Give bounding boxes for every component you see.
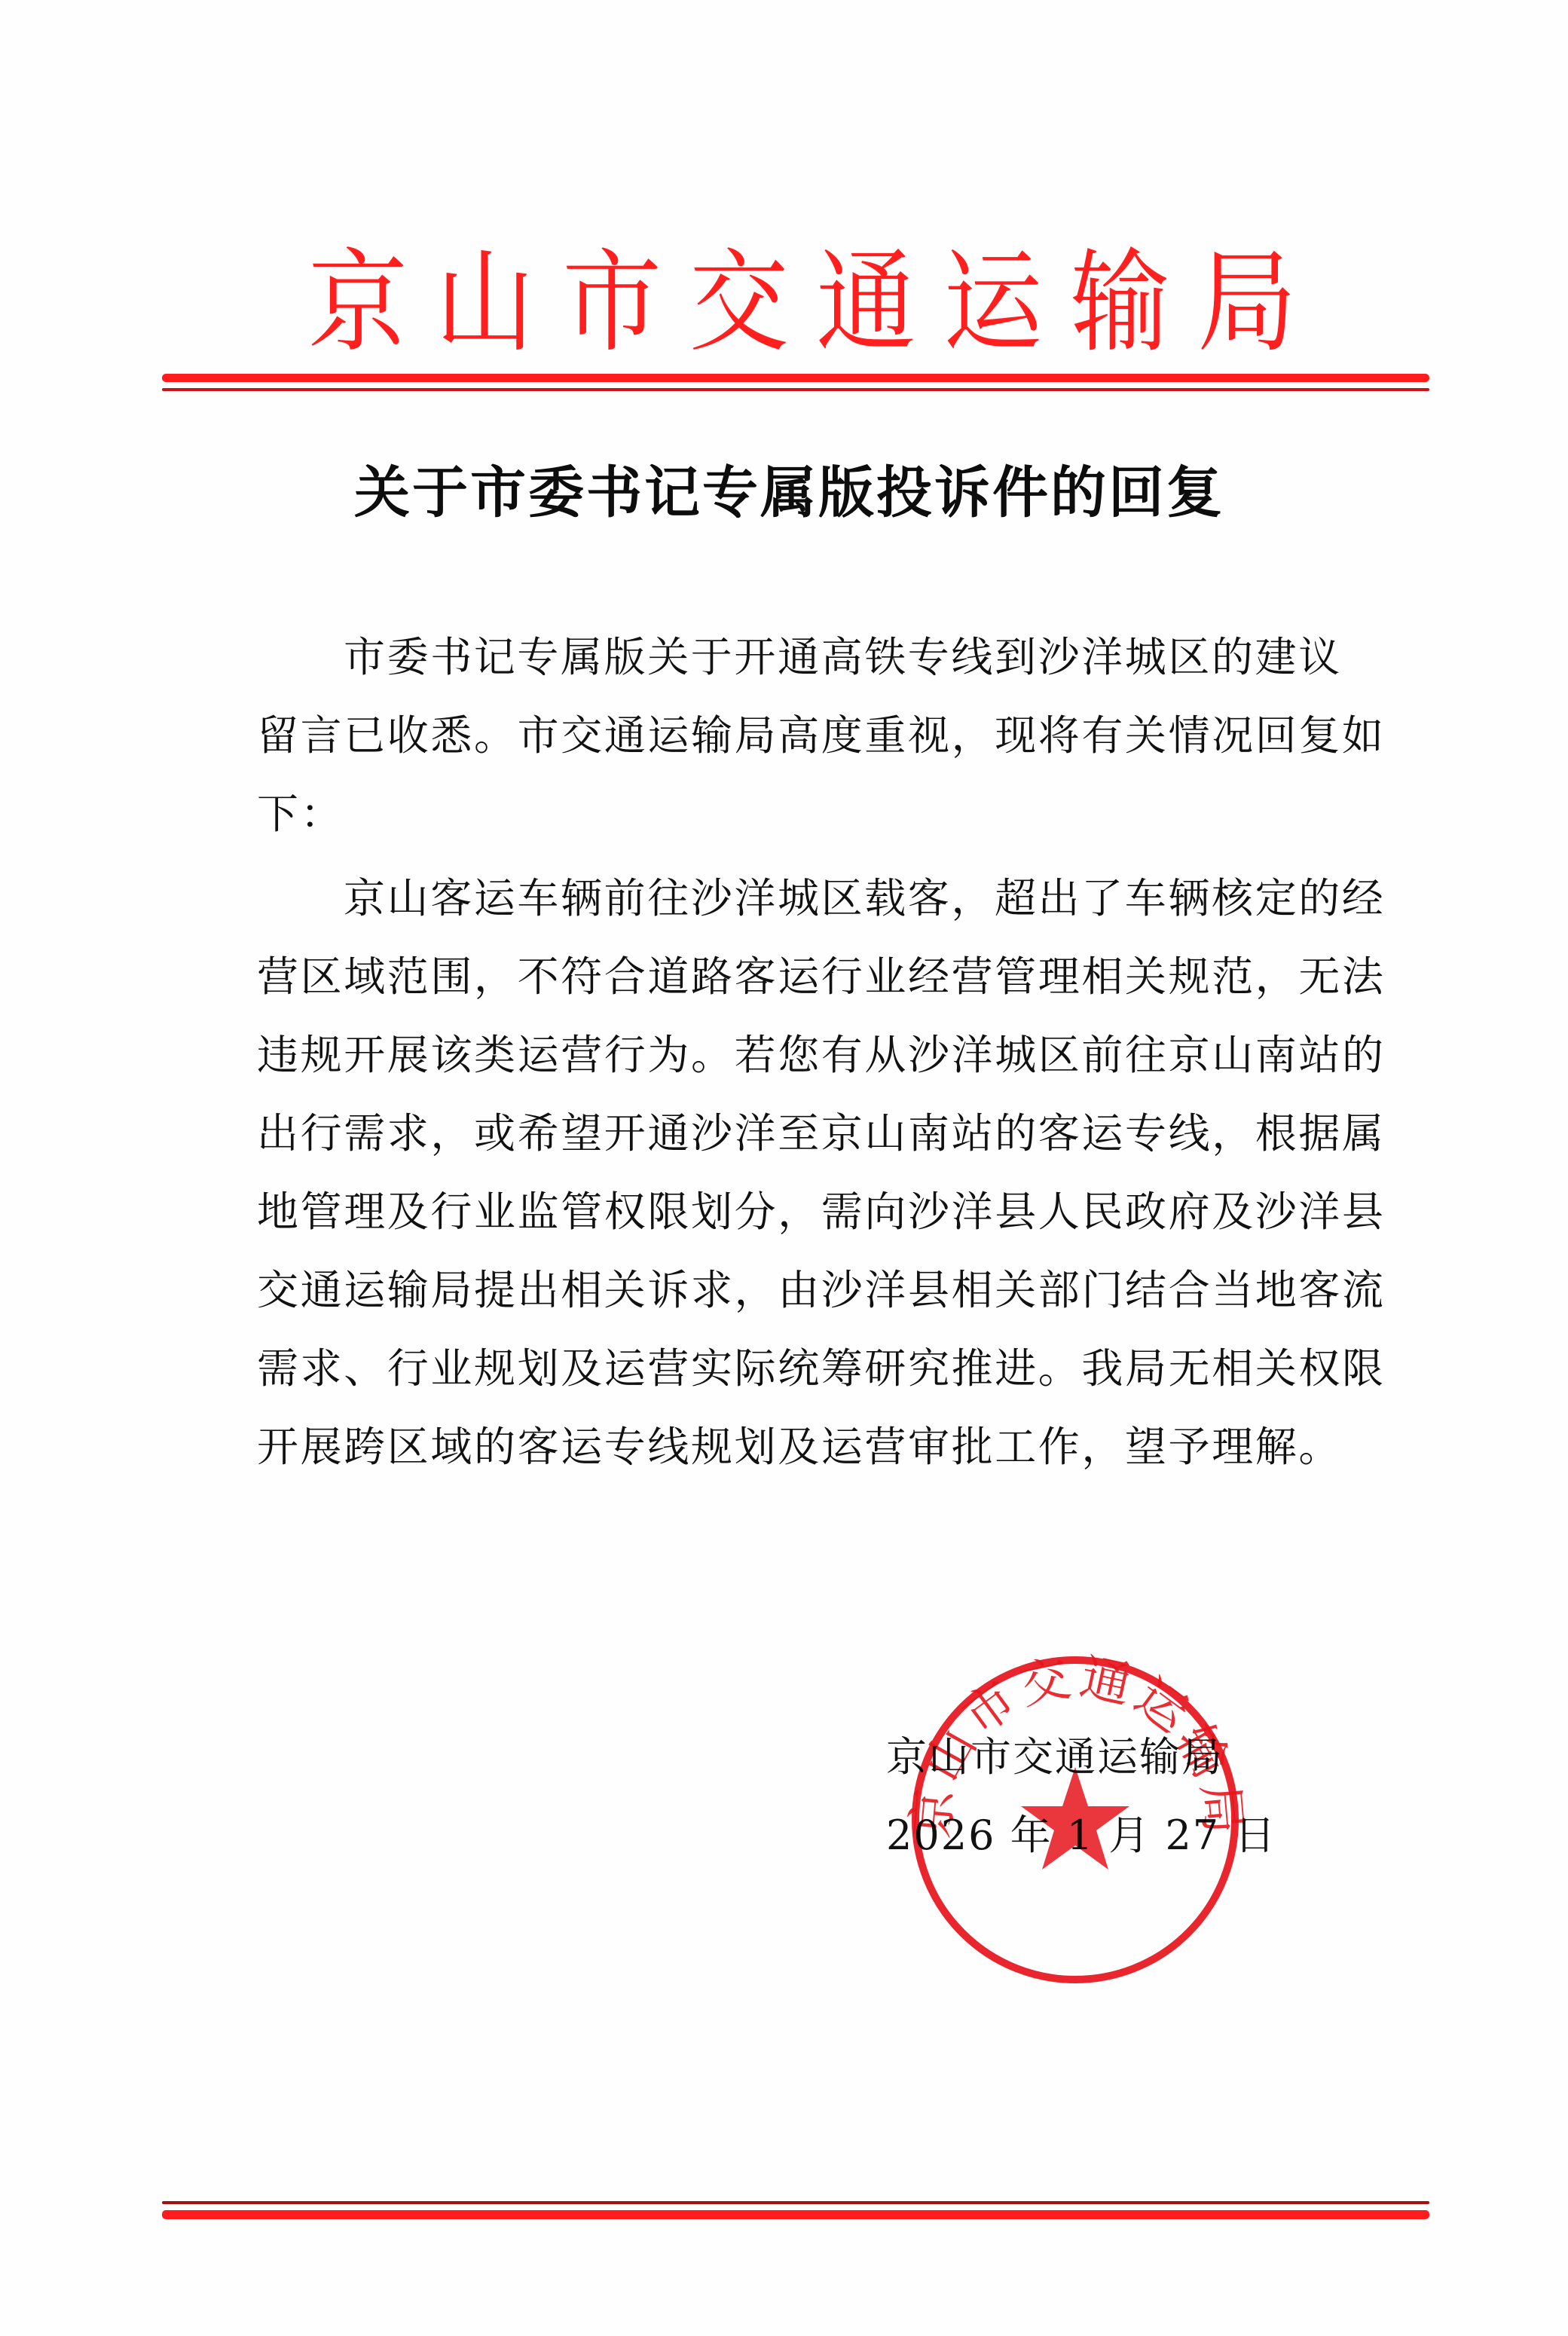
body-line: 出行需求，或希望开通沙洋至京山南站的客运专线，根据属 [257,1094,1357,1173]
paragraph-1: 市委书记专属版关于开通高铁专线到沙洋城区的建议 留言已收悉。市交通运输局高度重视… [257,618,1357,853]
issue-date: 2026 年 1 月 27 日 [886,1796,1248,1875]
body-line: 地管理及行业监管权限划分，需向沙洋县人民政府及沙洋县 [257,1173,1357,1251]
document-page: 京 山 市 交 通 运 输 局 关于市委书记专属版投诉件的回复 市委书记专属版关… [0,0,1568,2336]
body-line: 需求、行业规划及运营实际统筹研究推进。我局无相关权限 [257,1329,1357,1408]
body-line: 市委书记专属版关于开通高铁专线到沙洋城区的建议 [257,618,1357,696]
body-line: 营区域范围，不符合道路客运行业经营管理相关规范，无法 [257,937,1357,1016]
body-line: 京山客运车辆前往沙洋城区载客，超出了车辆核定的经 [257,859,1357,937]
paragraph-2: 京山客运车辆前往沙洋城区载客，超出了车辆核定的经 营区域范围，不符合道路客运行业… [257,859,1357,1486]
body-line: 开展跨区域的客运专线规划及运营审批工作，望予理解。 [257,1408,1357,1486]
letterhead-char: 局 [1194,235,1300,370]
letterhead-char: 市 [559,235,665,370]
letterhead-char: 交 [686,235,792,370]
letterhead-char: 山 [432,235,538,370]
header-rule-thick [162,374,1429,382]
document-body: 市委书记专属版关于开通高铁专线到沙洋城区的建议 留言已收悉。市交通运输局高度重视… [257,618,1357,1486]
letterhead-char: 通 [813,235,918,370]
body-line: 留言已收悉。市交通运输局高度重视，现将有关情况回复如 [257,696,1357,775]
letterhead-char: 输 [1067,235,1172,370]
body-line: 交通运输局提出相关诉求，由沙洋县相关部门结合当地客流 [257,1251,1357,1329]
header-rule-thin [162,388,1429,391]
issuer-name: 京山市交通运输局 [886,1718,1248,1796]
document-title: 关于市委书记专属版投诉件的回复 [354,455,1258,530]
letterhead-char: 运 [940,235,1046,370]
letterhead-organization-name: 京 山 市 交 通 运 输 局 [305,235,1300,370]
signature-block: 京山市交通运输局 2026 年 1 月 27 日 [886,1718,1248,1875]
footer-rule-thin [162,2201,1429,2204]
letterhead-char: 京 [305,235,411,370]
body-line: 下： [257,775,1357,853]
body-line: 违规开展该类运营行为。若您有从沙洋城区前往京山南站的 [257,1016,1357,1094]
footer-rule-thick [162,2210,1429,2219]
